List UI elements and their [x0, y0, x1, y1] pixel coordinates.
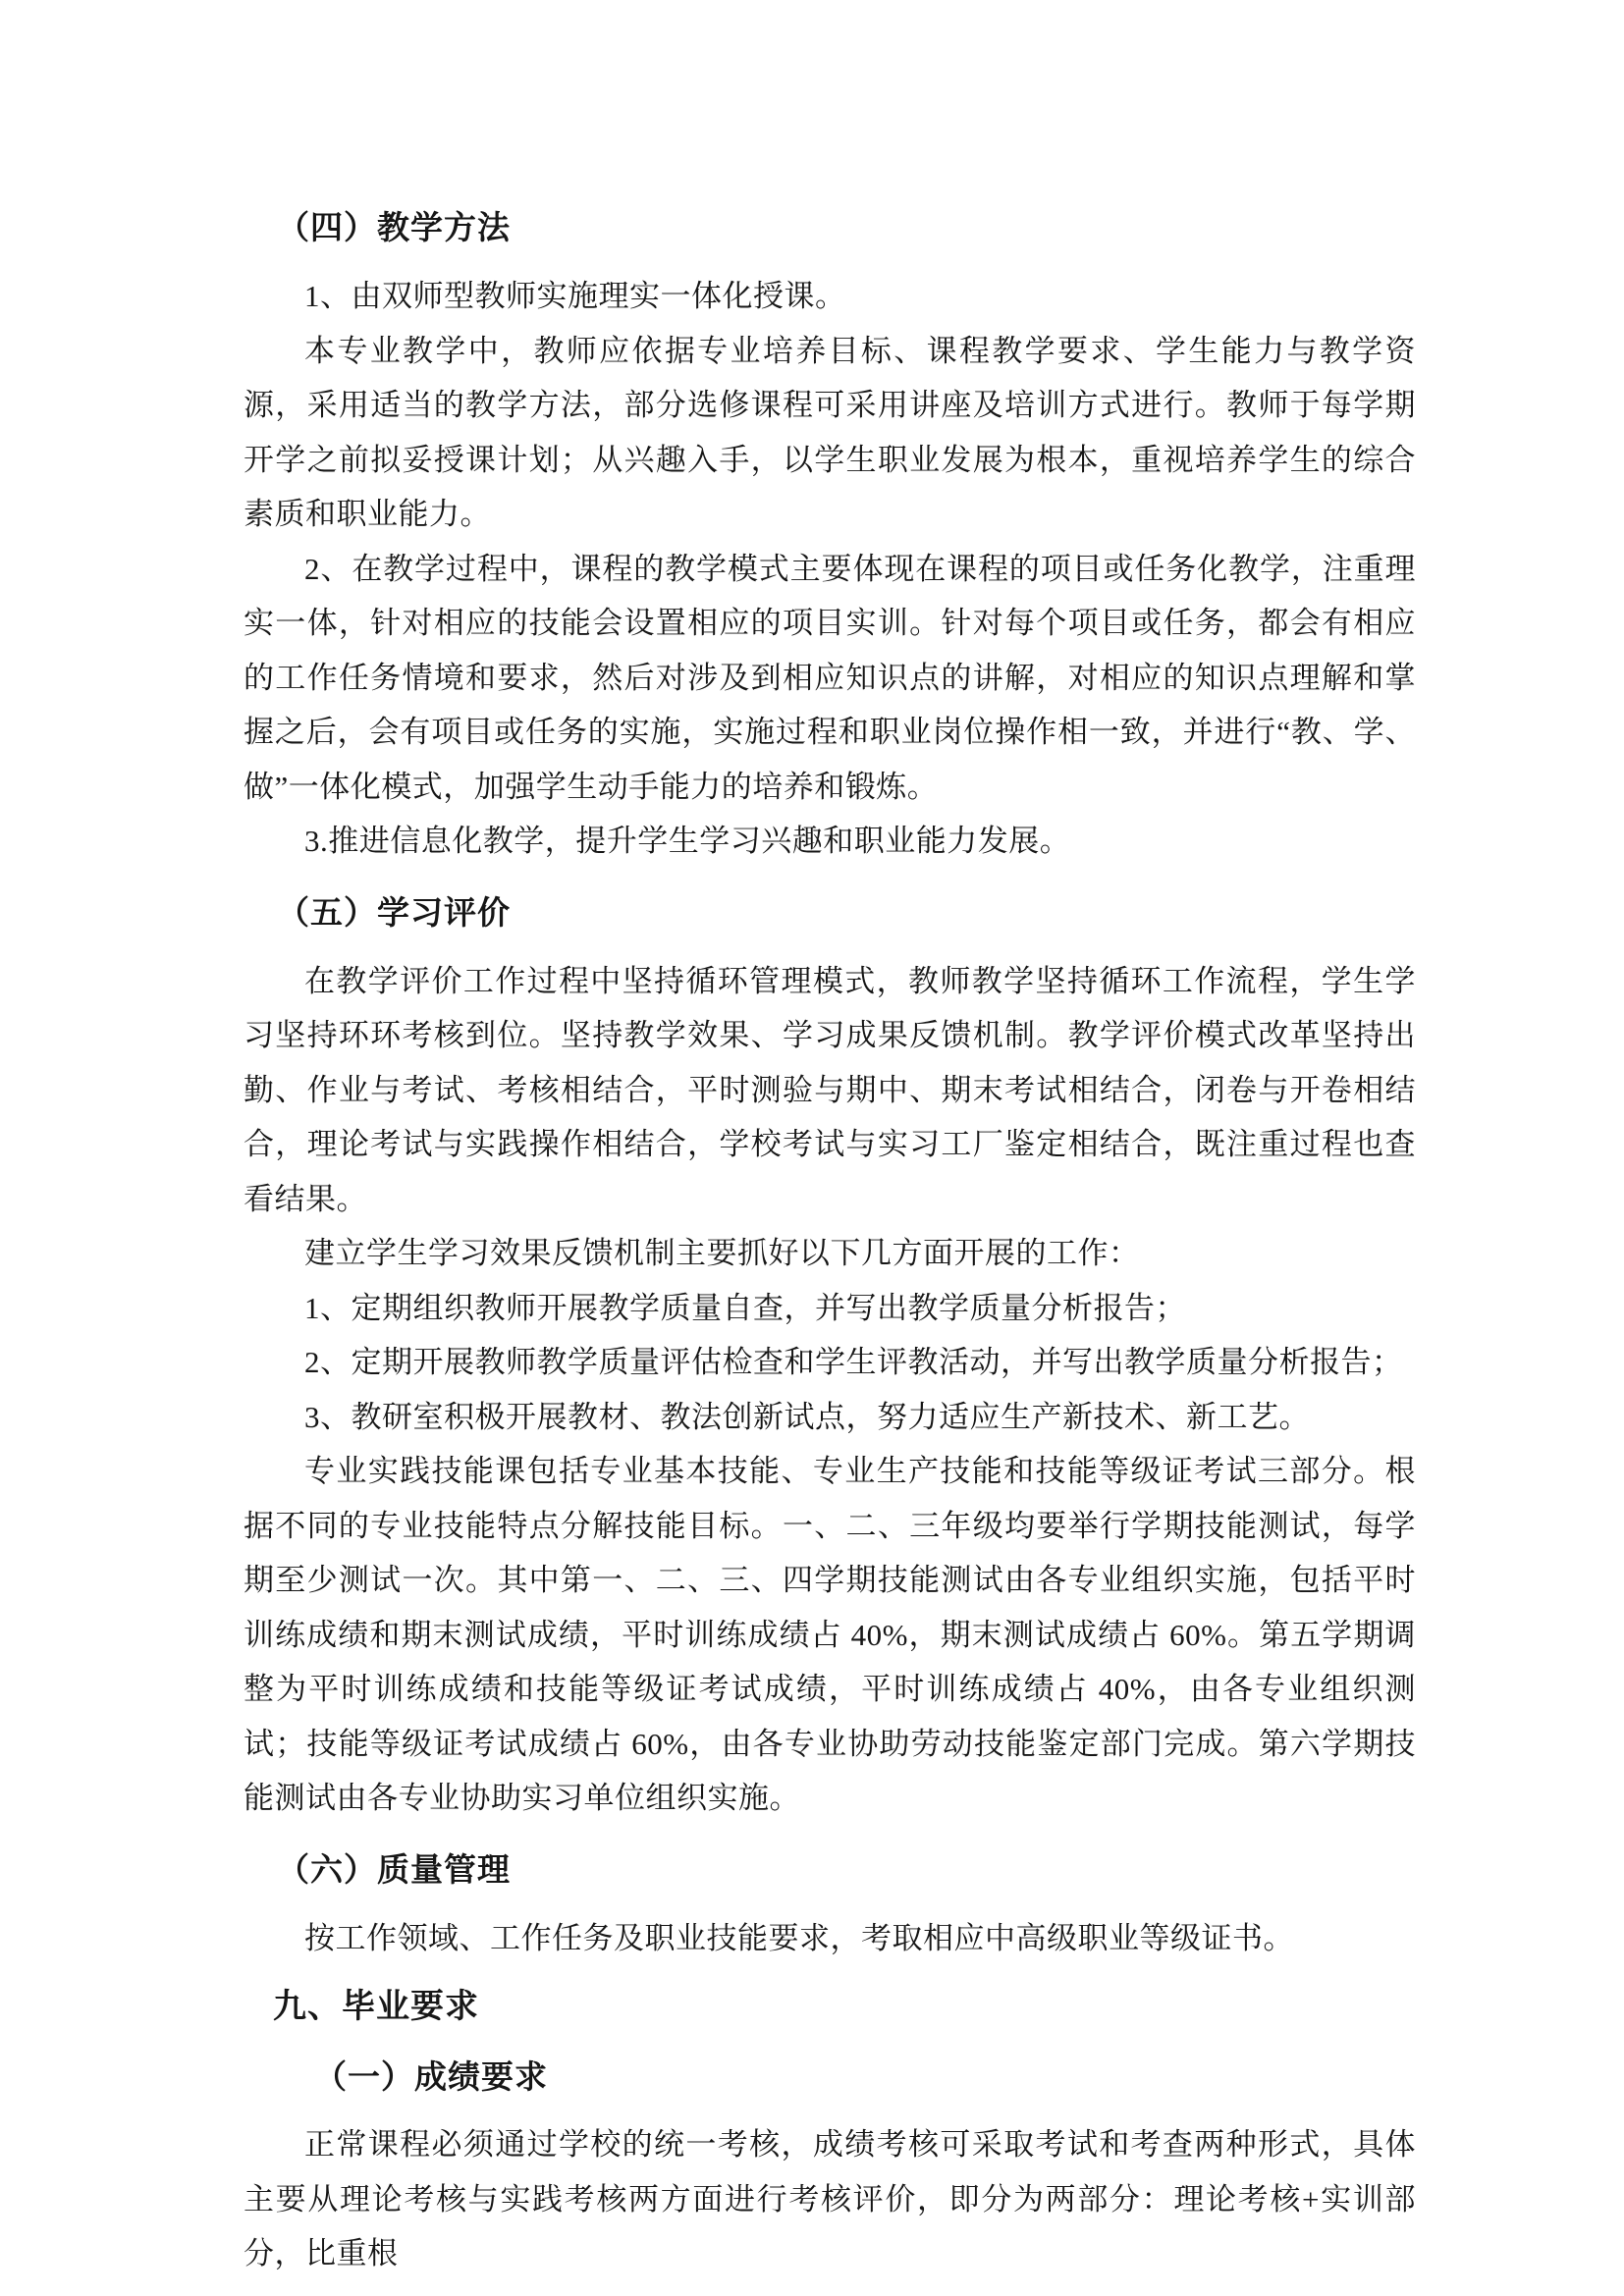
paragraph-evaluation-model: 在教学评价工作过程中坚持循环管理模式，教师教学坚持循环工作流程，学生学习坚持环环…: [244, 954, 1416, 1227]
section-heading-quality-management: （六）质量管理: [244, 1842, 1416, 1896]
section-heading-learning-evaluation: （五）学习评价: [244, 885, 1416, 939]
paragraph-informatization: 3.推进信息化教学，提升学生学习兴趣和职业能力发展。: [244, 814, 1416, 869]
list-item-quality-assessment: 2、定期开展教师教学质量评估检查和学生评教活动，并写出教学质量分析报告；: [244, 1335, 1416, 1390]
section-heading-graduation-requirements: 九、毕业要求: [244, 1980, 1416, 2034]
paragraph-feedback-intro: 建立学生学习效果反馈机制主要抓好以下几方面开展的工作：: [244, 1226, 1416, 1281]
paragraph-skill-course: 专业实践技能课包括专业基本技能、专业生产技能和技能等级证考试三部分。根据不同的专…: [244, 1444, 1416, 1826]
section-heading-teaching-methods: （四）教学方法: [244, 200, 1416, 254]
list-item-quality-selfcheck: 1、定期组织教师开展教学质量自查，并写出教学质量分析报告；: [244, 1281, 1416, 1336]
section-heading-grade-requirements: （一）成绩要求: [244, 2050, 1416, 2104]
paragraph-teaching-process: 2、在教学过程中，课程的教学模式主要体现在课程的项目或任务化教学，注重理实一体，…: [244, 542, 1416, 815]
paragraph-grade-assessment: 正常课程必须通过学校的统一考核，成绩考核可采取考试和考查两种形式，具体主要从理论…: [244, 2117, 1416, 2281]
paragraph-teaching-approach: 本专业教学中，教师应依据专业培养目标、课程教学要求、学生能力与教学资源，采用适当…: [244, 324, 1416, 542]
paragraph-certificates: 按工作领域、工作任务及职业技能要求，考取相应中高级职业等级证书。: [244, 1911, 1416, 1966]
document-page: （四）教学方法 1、由双师型教师实施理实一体化授课。 本专业教学中，教师应依据专…: [0, 0, 1624, 2296]
paragraph-dual-teacher: 1、由双师型教师实施理实一体化授课。: [244, 269, 1416, 324]
list-item-teaching-research: 3、教研室积极开展教材、教法创新试点，努力适应生产新技术、新工艺。: [244, 1390, 1416, 1445]
